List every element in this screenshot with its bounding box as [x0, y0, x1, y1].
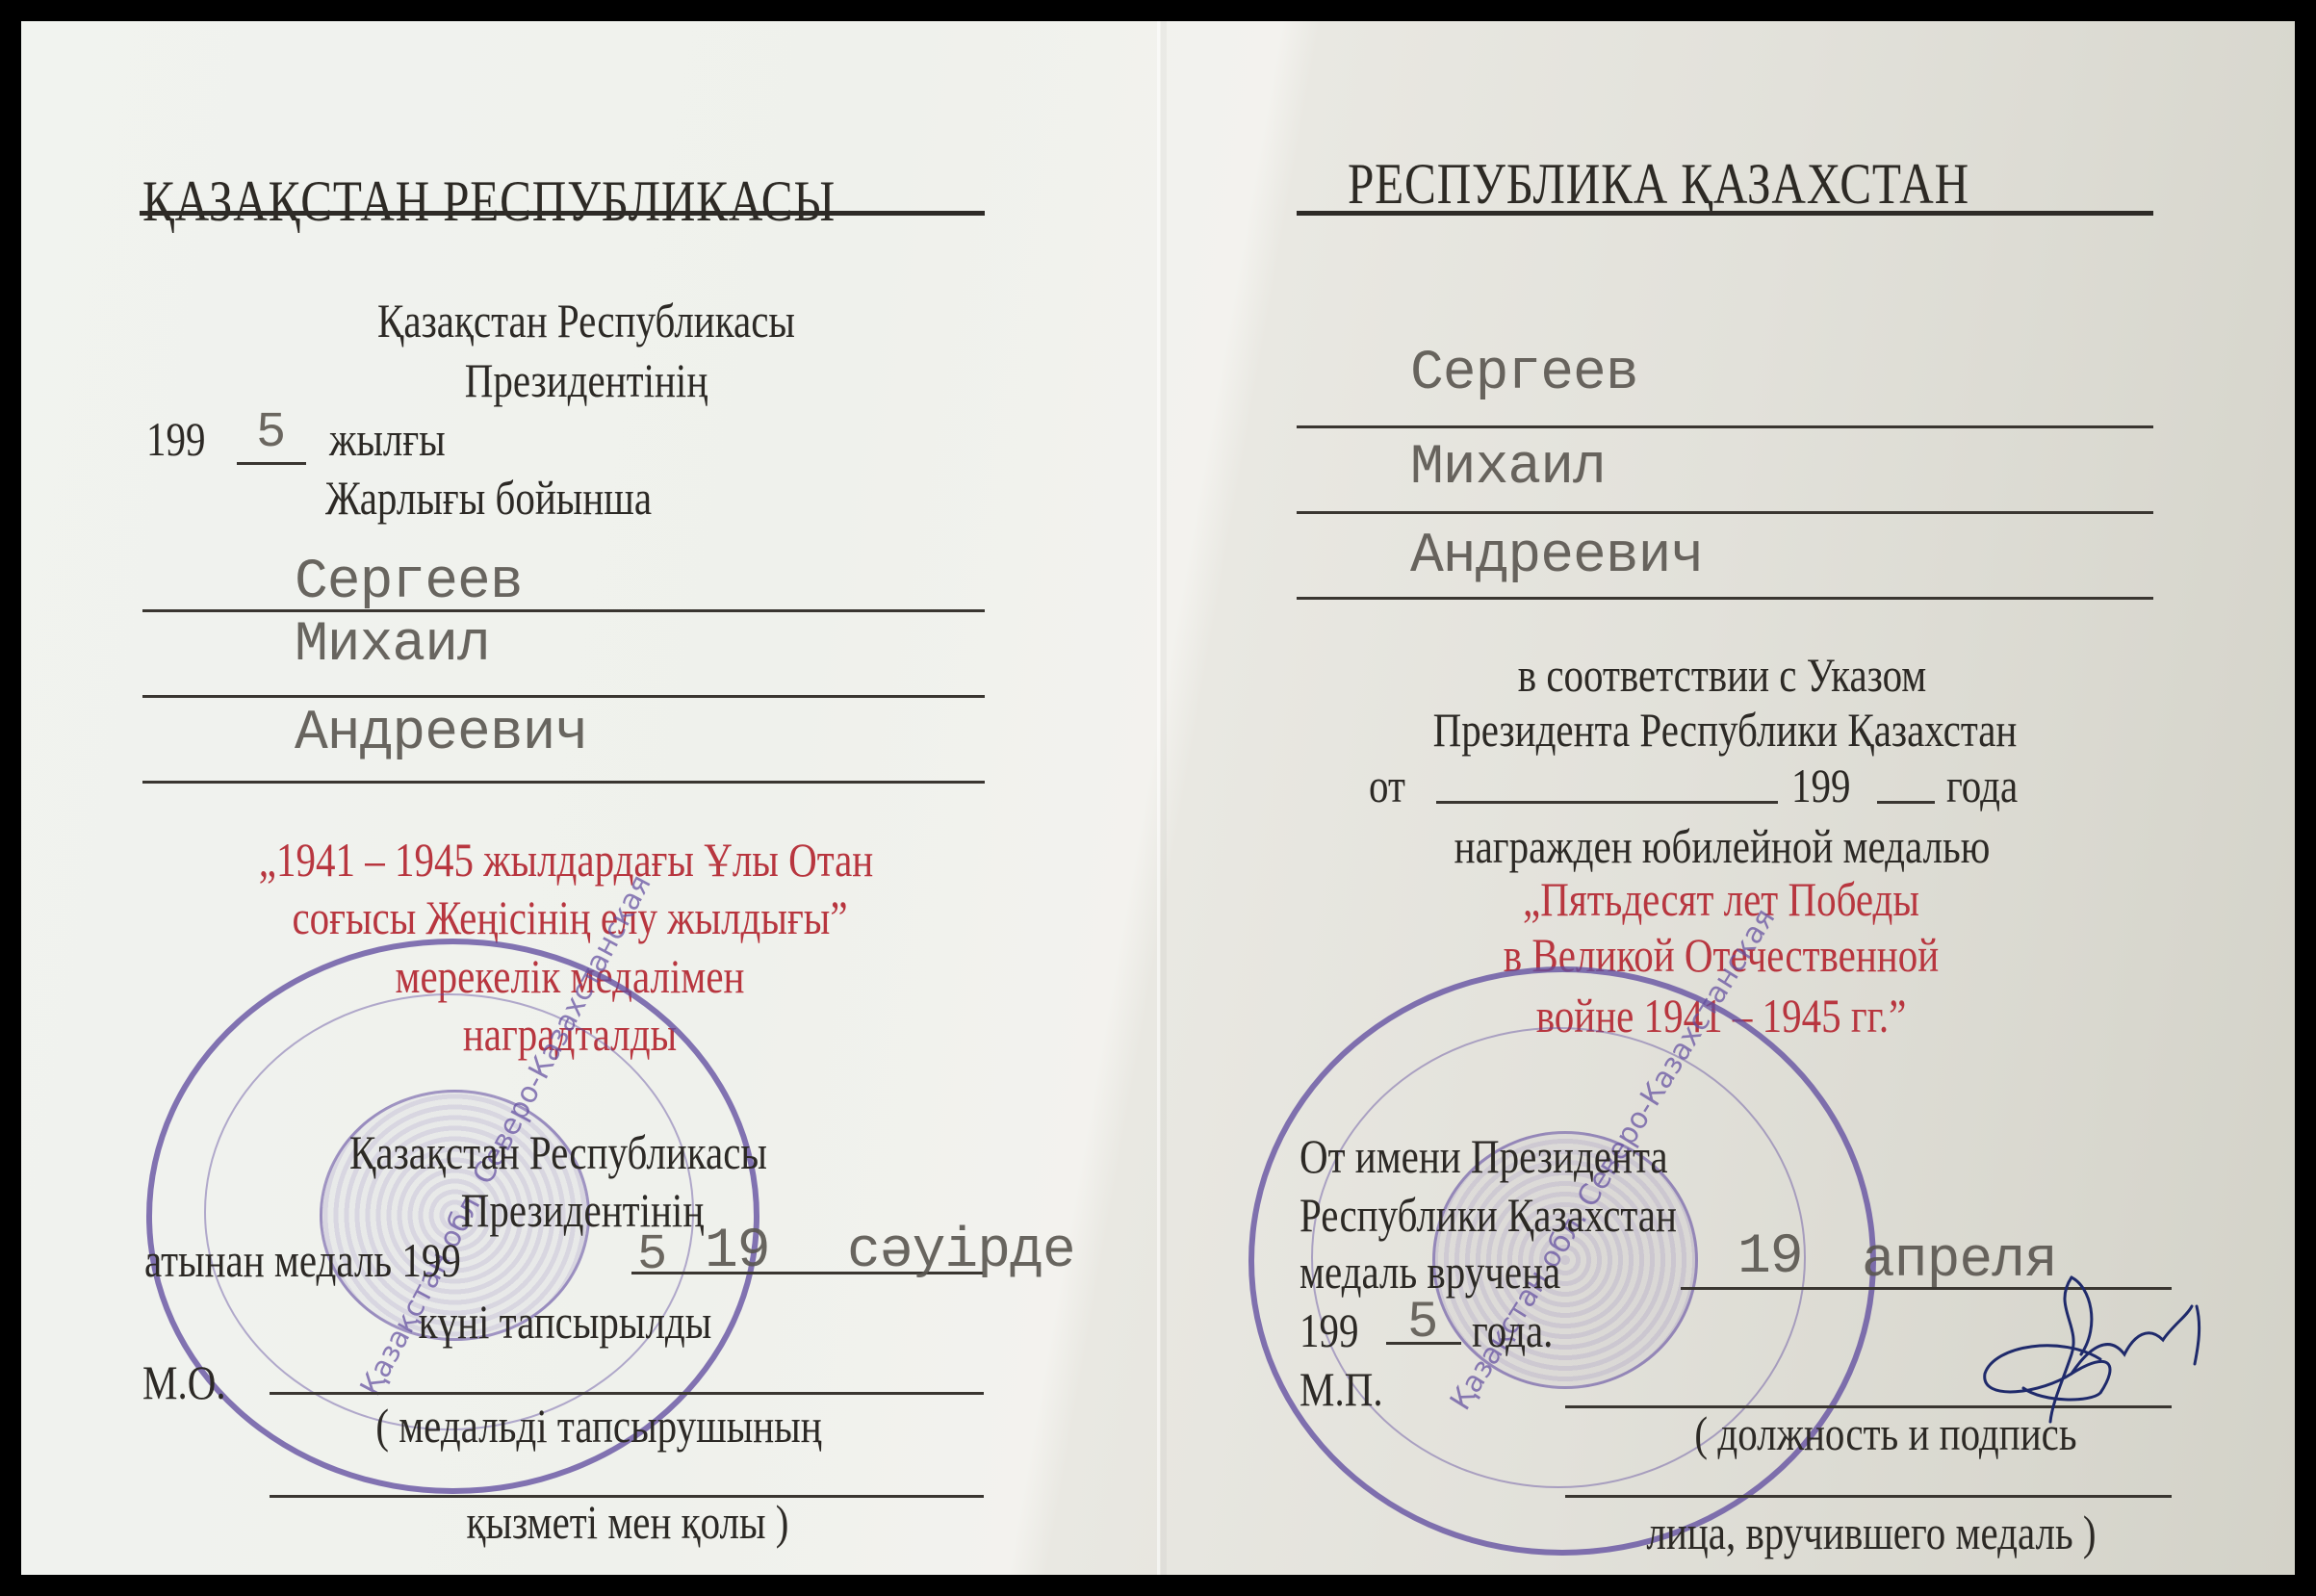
right-first-name-line: [1297, 511, 2153, 514]
left-presented-month: сәуірде: [847, 1224, 1075, 1280]
right-medal-name-1: „Пятьдесят лет Победы: [1523, 875, 1919, 923]
right-decree-year-blank: [1877, 801, 1935, 804]
left-year-blank: [237, 462, 306, 465]
right-awarded-line: награжден юбилейной медалью: [1454, 822, 1991, 870]
left-first-name: Михаил: [295, 618, 490, 674]
right-presented-line-1: От имени Президента: [1300, 1132, 1668, 1180]
right-signer-line-2: [1565, 1495, 2172, 1498]
left-surname-line: [142, 609, 985, 612]
right-decree-date-suffix: года: [1946, 761, 2018, 810]
right-presented-year-suffix: года.: [1472, 1306, 1553, 1354]
right-decree-date-mid: 199: [1791, 761, 1851, 810]
certificate-paper: ҚАЗАҚСТАН РЕСПУБЛИКАСЫ Қазақстан Республ…: [21, 21, 2295, 1575]
right-decree-date-blank: [1436, 801, 1778, 804]
left-decree-line-2: Президентінің: [465, 356, 708, 404]
left-presented-line-2: Президентінің: [461, 1186, 705, 1234]
right-presented-year-prefix: 199: [1300, 1306, 1359, 1354]
left-presented-line-1: Қазақстан Республикасы: [349, 1128, 767, 1176]
right-seal-label: М.П.: [1300, 1365, 1383, 1413]
page-fold-shadow: [1161, 21, 1167, 1575]
right-presented-prefix: медаль вручена: [1300, 1248, 1560, 1296]
left-signer-caption-1: ( медальді тапсырушының: [375, 1402, 821, 1450]
left-presented-day: 19: [705, 1224, 770, 1280]
right-decree-date-prefix: от: [1369, 761, 1405, 810]
left-surname: Сергеев: [295, 555, 523, 611]
left-patronymic: Андреевич: [295, 707, 587, 762]
right-presented-day: 19: [1737, 1230, 1803, 1286]
right-header: РЕСПУБЛИКА ҚАЗАХСТАН: [1348, 155, 1969, 213]
right-surname-line: [1297, 425, 2153, 428]
left-signer-line-1: [270, 1392, 984, 1395]
left-medal-name-2: соғысы Жеңісінің елу жылдығы”: [292, 893, 847, 941]
left-year-digit: 5: [256, 408, 286, 458]
left-patronymic-line: [142, 781, 985, 784]
right-surname: Сергеев: [1410, 347, 1638, 402]
left-decree-basis: Жарлығы бойынша: [325, 474, 652, 522]
left-presented-prefix: атынан медаль 199: [144, 1236, 461, 1284]
left-presented-year-digit: 5: [637, 1230, 667, 1280]
left-decree-line-1: Қазақстан Республикасы: [377, 296, 795, 345]
left-medal-name-1: „1941 – 1945 жылдардағы Ұлы Отан: [259, 836, 874, 884]
right-presented-line-2: Республики Қазахстан: [1300, 1191, 1677, 1239]
right-presented-year-digit: 5: [1407, 1298, 1438, 1350]
right-patronymic: Андреевич: [1410, 529, 1703, 585]
left-header-underline: [140, 211, 985, 216]
left-first-name-line: [142, 695, 985, 698]
right-patronymic-line: [1297, 597, 2153, 600]
right-decree-line-1: в соответствии с Указом: [1518, 651, 1927, 699]
signature-icon: [1956, 1268, 2206, 1431]
left-signer-caption-2: қызметі мен қолы ): [467, 1498, 789, 1546]
left-header: ҚАЗАҚСТАН РЕСПУБЛИКАСЫ: [142, 172, 836, 230]
right-signer-caption-2: лица, вручившего медаль ): [1646, 1508, 2096, 1557]
page-fold: [1157, 21, 1160, 1575]
right-first-name: Михаил: [1410, 441, 1606, 497]
right-header-underline: [1297, 211, 2153, 216]
right-decree-line-2: Президента Республики Қазахстан: [1433, 706, 2018, 754]
left-year-prefix: 199: [146, 415, 206, 463]
left-presented-suffix: күні тапсырылды: [419, 1298, 712, 1346]
left-year-suffix: жылғы: [329, 415, 446, 463]
left-seal-label: М.О.: [142, 1358, 226, 1406]
